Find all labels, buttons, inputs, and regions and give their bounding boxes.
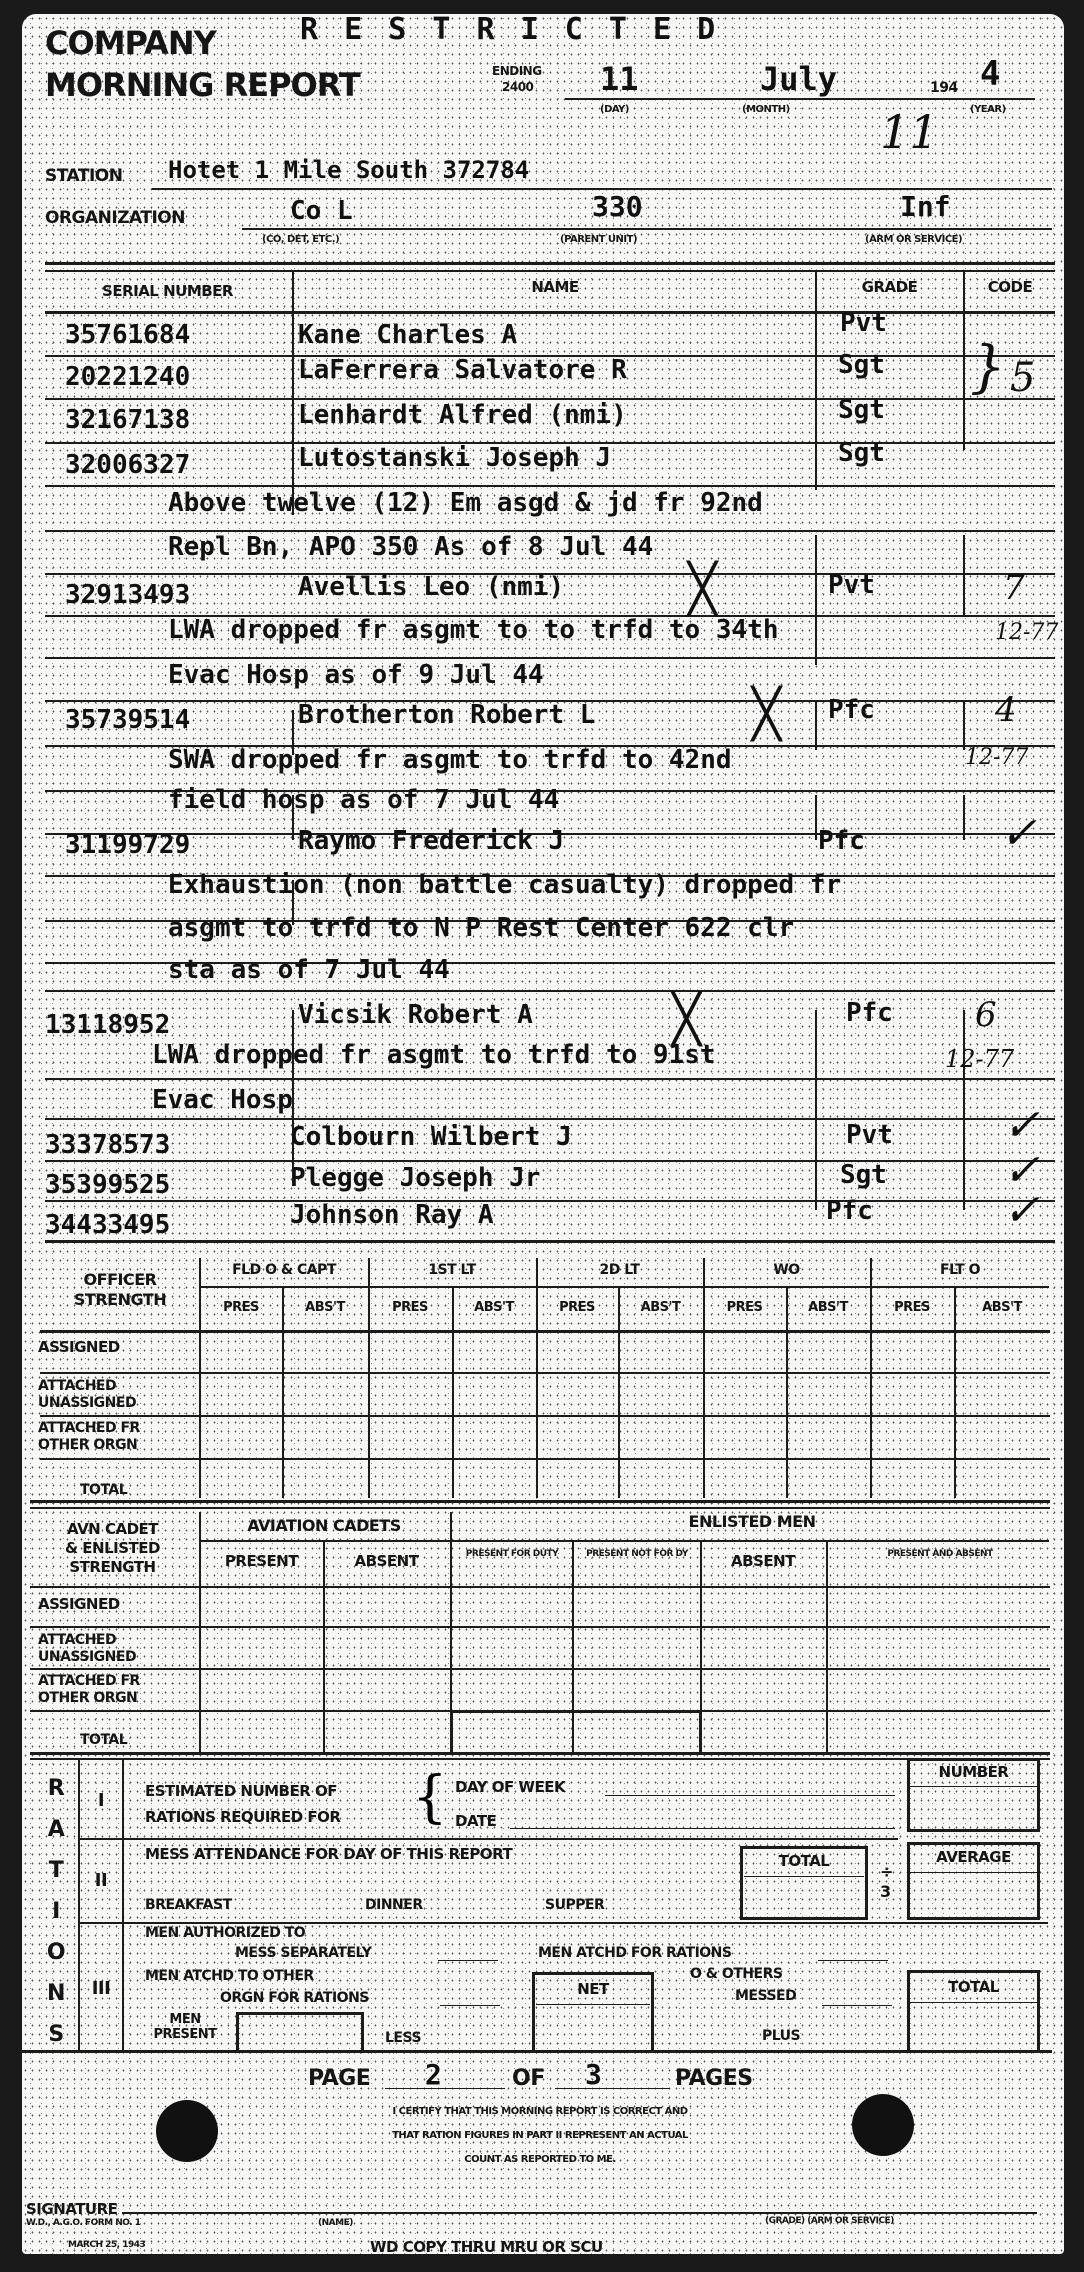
classification-stamp: R E S T R I C T E D <box>300 12 719 47</box>
page-total: 3 <box>585 2058 602 2091</box>
cross-out-mark: ╳ <box>688 565 717 613</box>
organization-parent: 330 <box>592 190 643 223</box>
date-field <box>510 1828 895 1829</box>
rations-letter: N <box>36 1973 76 2014</box>
men-atchd-rations-field <box>818 1960 888 1961</box>
estimated-rations-label: ESTIMATED NUMBER OF <box>145 1782 337 1800</box>
officer-header-border <box>40 1330 1050 1333</box>
routing-instructions: WD COPY THRU MRU OR SCU <box>370 2238 603 2256</box>
enlisted-header-border <box>30 1586 1050 1588</box>
remark-line: SWA dropped fr asgmt to trfd to 42nd <box>168 745 732 775</box>
enlisted-col-divider <box>323 1540 325 1752</box>
col-code-header: CODE <box>965 278 1055 296</box>
men-label: MEN <box>135 2012 235 2027</box>
soldier-grade: Sgt <box>838 350 885 380</box>
average-box-rule <box>910 1872 1037 1873</box>
row-line <box>45 1118 1055 1120</box>
serial-number: 13118952 <box>45 1010 170 1040</box>
row-line <box>45 1200 1055 1202</box>
soldier-grade: Sgt <box>840 1160 887 1190</box>
officer-col-divider <box>199 1258 201 1498</box>
form-title-line2: MORNING REPORT <box>45 66 360 104</box>
ending-time-label: 2400 <box>502 80 533 94</box>
form-title-line1: COMPANY <box>45 24 216 62</box>
grade-code-divider-2 <box>963 535 965 615</box>
enlisted-row-line <box>30 1626 1050 1628</box>
remark-line: field hosp as of 7 Jul 44 <box>168 785 559 815</box>
rations-letter: S <box>36 2014 76 2055</box>
officer-row-line <box>40 1372 1050 1374</box>
enlisted-col-divider <box>199 1512 201 1752</box>
name-grade-divider-6 <box>815 1010 817 1210</box>
officer-bottom-border <box>30 1500 1050 1503</box>
row-label-attached-unassigned: ATTACHED UNASSIGNED <box>38 1632 188 1666</box>
certify-line: COUNT AS REPORTED TO ME. <box>260 2148 820 2172</box>
col-serial-header: SERIAL NUMBER <box>45 282 290 300</box>
supper-label: SUPPER <box>545 1897 604 1913</box>
unit-caption: (CO, DET, ETC.) <box>262 234 339 245</box>
roster-bottom-border <box>45 1240 1055 1243</box>
row-line <box>45 1078 1055 1080</box>
messed-label: MESSED <box>735 1988 796 2004</box>
report-day: 11 <box>600 60 639 98</box>
abst-header: ABS'T <box>452 1300 536 1315</box>
soldier-grade: Pfc <box>818 826 865 856</box>
enlisted-title-line2: & ENLISTED <box>30 1539 195 1558</box>
remark-line: LWA dropped fr asgmt to to trfd to 34th <box>168 615 778 645</box>
divide-by-three: ÷ 3 <box>880 1862 898 1902</box>
remark-line: Exhaustion (non battle casualty) dropped… <box>168 870 841 900</box>
code-value: 12-77 <box>945 1045 1014 1073</box>
code-value: 5 <box>1010 355 1035 401</box>
pres-header: PRES <box>536 1300 618 1315</box>
grade-code-divider-6 <box>963 1010 965 1210</box>
enlisted-bottom-border <box>30 1752 1050 1755</box>
form-number: W.D., A.G.O. FORM NO. 1 <box>26 2218 141 2228</box>
date-label: DATE <box>455 1812 496 1830</box>
code-value: 6 <box>975 995 997 1035</box>
rations-part-divider <box>78 1922 1048 1924</box>
officer-group-header: 1ST LT <box>368 1262 536 1278</box>
officer-col-divider <box>452 1287 454 1498</box>
report-year: 4 <box>980 54 1000 94</box>
enlisted-title-line3: STRENGTH <box>30 1558 195 1577</box>
officer-bottom-border-inner <box>30 1507 1050 1509</box>
day-of-week-field <box>605 1795 895 1796</box>
officer-strength-title-line1: OFFICER <box>40 1270 200 1290</box>
punch-hole <box>156 2100 218 2162</box>
men-authorized-label: MEN AUTHORIZED TO <box>145 1925 305 1941</box>
rations-divider <box>122 1760 124 2050</box>
pages-label: PAGES <box>675 2066 753 2091</box>
rations-total-label: TOTAL <box>907 1978 1040 1996</box>
officer-group-header: 2D LT <box>536 1262 703 1278</box>
row-label-assigned: ASSIGNED <box>38 1595 120 1613</box>
o-others-label: O & OTHERS <box>690 1966 782 1982</box>
number-box-rule <box>910 1786 1037 1787</box>
serial-number: 20221240 <box>65 362 190 392</box>
mess-attendance-label: MESS ATTENDANCE FOR DAY OF THIS REPORT <box>145 1845 512 1863</box>
grade-code-divider-3 <box>963 700 965 750</box>
rations-letter: I <box>36 1891 76 1932</box>
brace-icon: { <box>412 1770 448 1826</box>
enlisted-col-divider <box>826 1540 828 1752</box>
serial-number: 33378573 <box>45 1130 170 1160</box>
serial-number: 35761684 <box>65 320 190 350</box>
officer-col-divider <box>954 1287 956 1498</box>
col-present-and-absent: PRESENT AND ABSENT <box>860 1545 1020 1563</box>
soldier-grade: Sgt <box>838 438 885 468</box>
year-prefix: 194 <box>930 80 958 96</box>
soldier-name: LaFerrera Salvatore R <box>298 355 627 385</box>
less-label: LESS <box>385 2030 421 2046</box>
page-label: PAGE <box>308 2066 370 2091</box>
row-line <box>45 657 1055 659</box>
soldier-grade: Pvt <box>846 1120 893 1150</box>
officer-strength-title: OFFICER STRENGTH <box>40 1270 200 1310</box>
soldier-name: Lutostanski Joseph J <box>298 443 611 473</box>
rations-bottom-border <box>22 2050 1052 2053</box>
day-of-week-label: DAY OF WEEK <box>455 1778 565 1796</box>
net-box-rule <box>536 2004 650 2005</box>
row-line <box>45 485 1055 487</box>
soldier-grade: Pfc <box>826 1196 873 1226</box>
abst-header: ABS'T <box>282 1300 368 1315</box>
enlisted-title-line1: AVN CADET <box>30 1520 195 1539</box>
abst-header: ABS'T <box>954 1300 1050 1315</box>
page-number: 2 <box>425 2058 442 2091</box>
grade-code-divider <box>963 270 965 450</box>
mess-separately-field <box>438 1960 498 1961</box>
name-grade-divider <box>815 270 817 490</box>
remark-line: Evac Hosp <box>152 1085 293 1115</box>
rations-letter: T <box>36 1850 76 1891</box>
arm-caption: (ARM OR SERVICE) <box>865 234 962 245</box>
organization-unit: Co L <box>290 196 353 226</box>
officer-group-header: FLT O <box>870 1262 1050 1278</box>
remark-line: Evac Hosp as of 9 Jul 44 <box>168 660 544 690</box>
officer-group-header: WO <box>703 1262 870 1278</box>
col-enlisted-absent: ABSENT <box>700 1552 826 1570</box>
soldier-grade: Pvt <box>828 570 875 600</box>
code-value: 7 <box>1003 568 1025 608</box>
men-atchd-rations-label: MEN ATCHD FOR RATIONS <box>538 1945 731 1961</box>
enlisted-men-header: ENLISTED MEN <box>452 1512 1052 1531</box>
code-value: 12-77 <box>995 620 1058 645</box>
day-caption: (DAY) <box>600 104 629 115</box>
soldier-name: Kane Charles A <box>298 320 517 350</box>
orgn-for-rations-label: ORGN FOR RATIONS <box>220 1990 369 2006</box>
code-check-icon: ✓ <box>1003 1100 1040 1151</box>
row-label-attached-other: ATTACHED FR OTHER ORGN <box>38 1420 188 1454</box>
serial-number: 34433495 <box>45 1210 170 1240</box>
rations-required-label: RATIONS REQUIRED FOR <box>145 1808 340 1826</box>
officer-col-divider <box>618 1287 620 1498</box>
pres-header: PRES <box>870 1300 954 1315</box>
soldier-name: Johnson Ray A <box>290 1200 494 1230</box>
rations-letter: R <box>36 1768 76 1809</box>
enlisted-bottom-border-inner <box>30 1758 1050 1760</box>
pres-header: PRES <box>368 1300 452 1315</box>
signature-field[interactable] <box>122 2212 1037 2214</box>
officer-col-divider <box>870 1258 872 1498</box>
row-line <box>45 1160 1055 1162</box>
officer-strength-title-line2: STRENGTH <box>40 1290 200 1310</box>
pres-header: PRES <box>200 1300 282 1315</box>
officer-col-divider <box>368 1258 370 1498</box>
plus-label: PLUS <box>762 2028 800 2044</box>
month-caption: (MONTH) <box>742 104 790 115</box>
col-grade-header: GRADE <box>817 278 962 296</box>
soldier-name: Plegge Joseph Jr <box>290 1163 540 1193</box>
soldier-name: Raymo Frederick J <box>298 826 564 856</box>
rations-side-label: R A T I O N S <box>36 1768 76 2055</box>
soldier-name: Colbourn Wilbert J <box>290 1122 572 1152</box>
year-caption: (YEAR) <box>970 104 1006 115</box>
officer-col-divider <box>282 1287 284 1498</box>
serial-number: 32006327 <box>65 450 190 480</box>
certify-line: I CERTIFY THAT THIS MORNING REPORT IS CO… <box>260 2100 820 2124</box>
serial-number: 31199729 <box>65 830 190 860</box>
remark-line: LWA dropped fr asgmt to trfd to 91st <box>152 1040 716 1070</box>
code-brace: } <box>970 340 1006 396</box>
rations-part-divider <box>78 1838 898 1840</box>
enlisted-row-line <box>30 1668 1050 1670</box>
officer-group-header: FLD O & CAPT <box>200 1262 368 1278</box>
page-number-line <box>385 2088 505 2089</box>
organization-arm: Inf <box>900 190 951 223</box>
certification-text: I CERTIFY THAT THIS MORNING REPORT IS CO… <box>260 2100 820 2172</box>
grade-arm-caption: (GRADE) (ARM OR SERVICE) <box>765 2216 894 2226</box>
men-present-label: MEN PRESENT <box>135 2012 235 2042</box>
cross-out-mark: ╳ <box>672 995 701 1043</box>
row-line <box>45 990 1055 992</box>
breakfast-label: BREAKFAST <box>145 1897 232 1913</box>
enlisted-group-divider <box>199 1540 1049 1542</box>
organization-label: ORGANIZATION <box>45 208 185 228</box>
soldier-grade: Sgt <box>838 395 885 425</box>
net-box-label: NET <box>532 1980 654 1998</box>
men-atchd-other-label: MEN ATCHD TO OTHER <box>145 1968 314 1984</box>
remark-line: asgmt to trfd to N P Rest Center 622 clr <box>168 913 794 943</box>
certify-line: THAT RATION FIGURES IN PART II REPRESENT… <box>260 2124 820 2148</box>
pres-header: PRES <box>703 1300 786 1315</box>
officer-row-line <box>40 1415 1050 1417</box>
number-box-label: NUMBER <box>907 1763 1040 1781</box>
total-box-label: TOTAL <box>740 1852 868 1870</box>
serial-number: 35399525 <box>45 1170 170 1200</box>
officer-col-divider <box>536 1258 538 1498</box>
part-i-numeral: I <box>80 1790 122 1811</box>
officer-row-line <box>40 1458 1050 1460</box>
remark-line: Repl Bn, APO 350 As of 8 Jul 44 <box>168 532 653 562</box>
rations-letter: O <box>36 1932 76 1973</box>
report-month: July <box>760 60 837 98</box>
ending-label: ENDING <box>492 64 542 78</box>
soldier-name: Brotherton Robert L <box>298 700 595 730</box>
code-value: 12-77 <box>965 745 1028 770</box>
part-iii-numeral: III <box>80 1978 122 1999</box>
messed-field <box>822 2005 892 2006</box>
officer-col-divider <box>786 1287 788 1498</box>
soldier-grade: Pfc <box>846 998 893 1028</box>
name-caption: (NAME) <box>318 2218 353 2228</box>
row-label-attached-unassigned: ATTACHED UNASSIGNED <box>38 1378 188 1412</box>
roster-header-divider <box>45 311 1055 314</box>
serial-name-divider <box>292 270 294 515</box>
signature-label: SIGNATURE <box>26 2200 117 2218</box>
enlisted-total-box <box>450 1710 702 1754</box>
serial-number: 35739514 <box>65 705 190 735</box>
dinner-label: DINNER <box>365 1897 423 1913</box>
parent-caption: (PARENT UNIT) <box>560 234 637 245</box>
aviation-cadets-header: AVIATION CADETS <box>199 1516 449 1535</box>
col-present: PRESENT <box>200 1552 323 1570</box>
soldier-grade: Pvt <box>840 308 887 338</box>
col-absent: ABSENT <box>323 1552 450 1570</box>
soldier-grade: Pfc <box>828 695 875 725</box>
page-total-line <box>555 2088 670 2089</box>
soldier-name: Vicsik Robert A <box>298 1000 533 1030</box>
organization-line <box>242 228 1052 230</box>
soldier-name: Avellis Leo (nmi) <box>298 572 564 602</box>
roster-top-border-inner <box>45 270 1055 272</box>
cross-out-mark: ╳ <box>752 690 781 738</box>
station-value: Hotet 1 Mile South 372784 <box>168 156 529 184</box>
orgn-for-rations-field <box>440 2005 500 2006</box>
total-box-rule <box>744 1876 864 1877</box>
abst-header: ABS'T <box>618 1300 703 1315</box>
code-value: 4 <box>995 690 1017 730</box>
name-grade-divider-3 <box>815 700 817 750</box>
remark-line: Above twelve (12) Em asgd & jd fr 92nd <box>168 488 763 518</box>
soldier-name: Lenhardt Alfred (nmi) <box>298 400 627 430</box>
mess-separately-label: MESS SEPARATELY <box>235 1945 371 1961</box>
form-date: MARCH 25, 1943 <box>68 2240 145 2250</box>
part-ii-numeral: II <box>80 1870 122 1891</box>
code-check-icon: ✓ <box>1003 1185 1040 1236</box>
of-label: OF <box>512 2066 545 2091</box>
col-present-not-for-duty: PRESENT NOT FOR DY <box>574 1545 700 1563</box>
roster-top-border <box>45 262 1055 265</box>
remark-line: sta as of 7 Jul 44 <box>168 955 450 985</box>
rations-total-rule <box>910 2002 1037 2003</box>
rations-letter: A <box>36 1809 76 1850</box>
officer-col-divider <box>703 1258 705 1498</box>
average-box-label: AVERAGE <box>907 1848 1040 1866</box>
abst-header: ABS'T <box>786 1300 870 1315</box>
officer-group-divider <box>199 1286 1049 1288</box>
men-present-box <box>236 2012 364 2050</box>
serial-number: 32913493 <box>65 580 190 610</box>
serial-number: 32167138 <box>65 405 190 435</box>
row-label-total: TOTAL <box>80 1482 127 1498</box>
date-line <box>565 98 1035 100</box>
col-present-for-duty: PRESENT FOR DUTY <box>452 1545 572 1563</box>
punch-hole <box>852 2094 914 2156</box>
station-label: STATION <box>45 166 122 186</box>
enlisted-strength-title: AVN CADET & ENLISTED STRENGTH <box>30 1520 195 1577</box>
row-label-assigned: ASSIGNED <box>38 1338 120 1356</box>
row-label-attached-other: ATTACHED FR OTHER ORGN <box>38 1673 188 1707</box>
present-label: PRESENT <box>135 2027 235 2042</box>
name-grade-divider-2 <box>815 535 817 665</box>
code-check-icon: ✓ <box>1000 808 1037 859</box>
col-name-header: NAME <box>295 278 815 296</box>
row-label-total: TOTAL <box>80 1732 127 1748</box>
handwritten-mark: 11 <box>880 105 939 159</box>
